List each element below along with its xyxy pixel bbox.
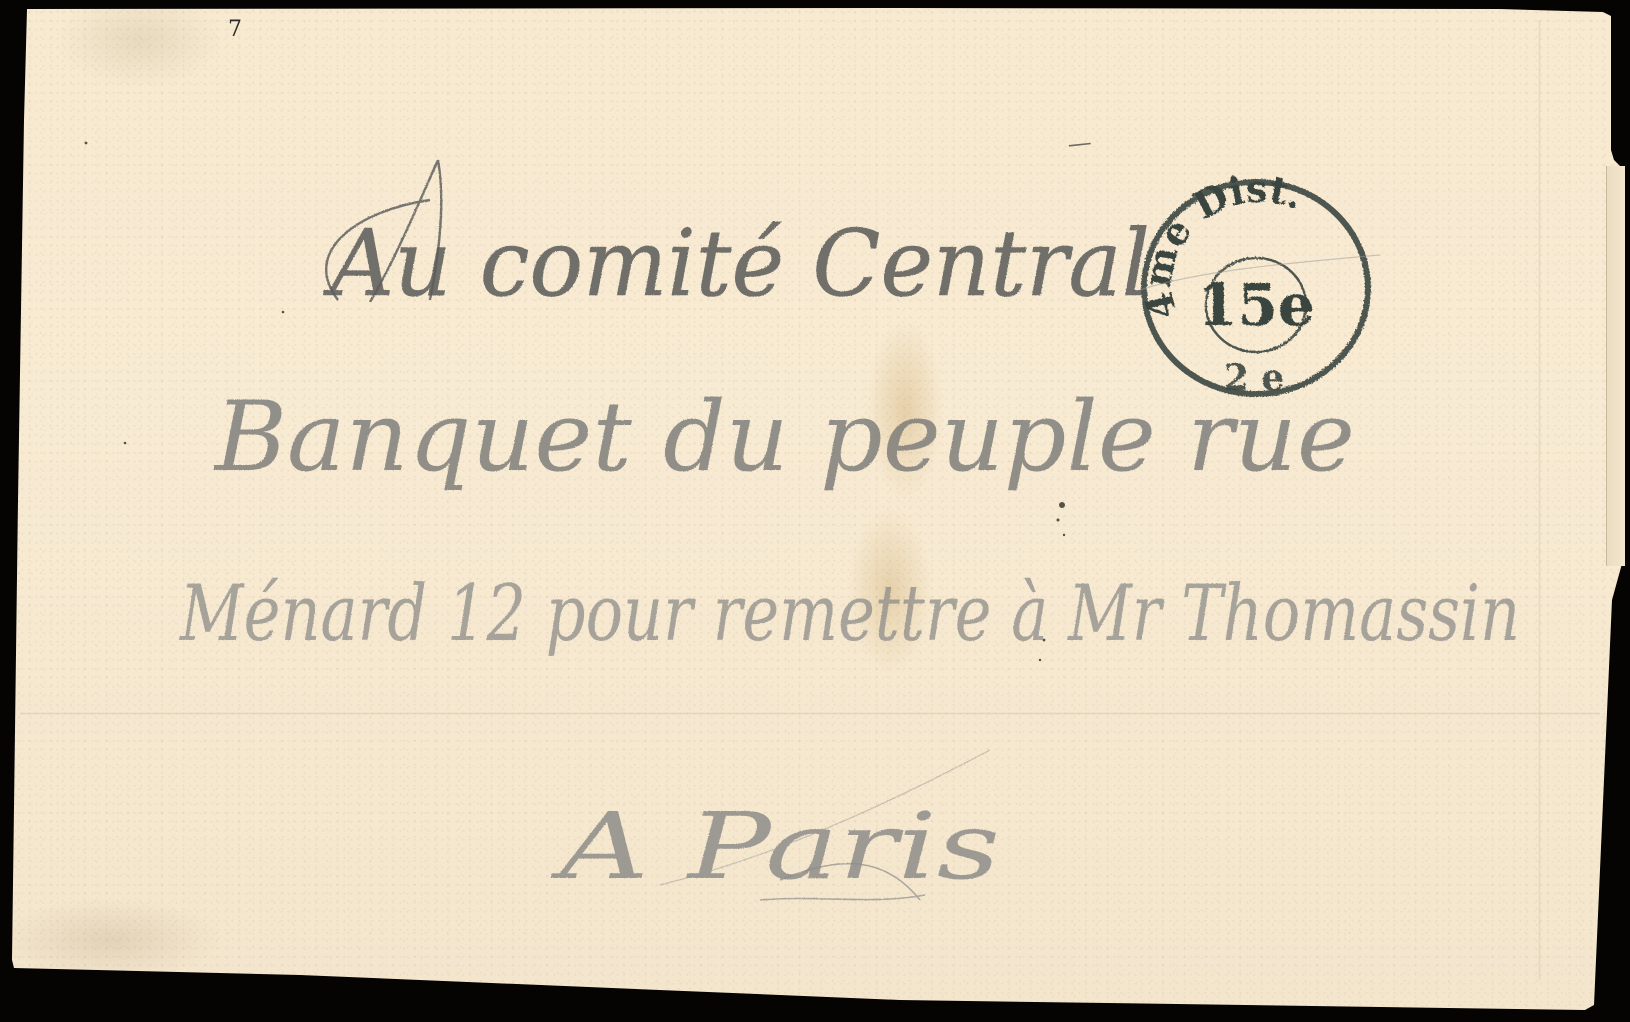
address-line-4: A Paris bbox=[549, 793, 1000, 900]
address-line-2-group: Banquet du peuple rue bbox=[213, 381, 1355, 493]
address-line-3-group: Ménard 12 pour remettre à Mr Thomassin bbox=[178, 569, 1520, 659]
postmark-bottom-text: 2 e bbox=[1224, 357, 1285, 399]
postmark-center-text: 15e bbox=[1197, 271, 1315, 339]
ink-layer: 7 — Au comité Central Banquet du peuple … bbox=[0, 0, 1630, 1022]
corner-mark: 7 bbox=[228, 17, 242, 42]
address-line-4-group: A Paris bbox=[549, 750, 1000, 900]
scanned-letter: 7 — Au comité Central Banquet du peuple … bbox=[0, 0, 1630, 1022]
address-line-1-group: Au comité Central bbox=[322, 160, 1150, 317]
address-line-1: Au comité Central bbox=[322, 210, 1150, 317]
address-line-3: Ménard 12 pour remettre à Mr Thomassin bbox=[178, 569, 1520, 659]
address-line-2: Banquet du peuple rue bbox=[213, 381, 1355, 493]
dash-mark: — bbox=[1066, 128, 1093, 158]
